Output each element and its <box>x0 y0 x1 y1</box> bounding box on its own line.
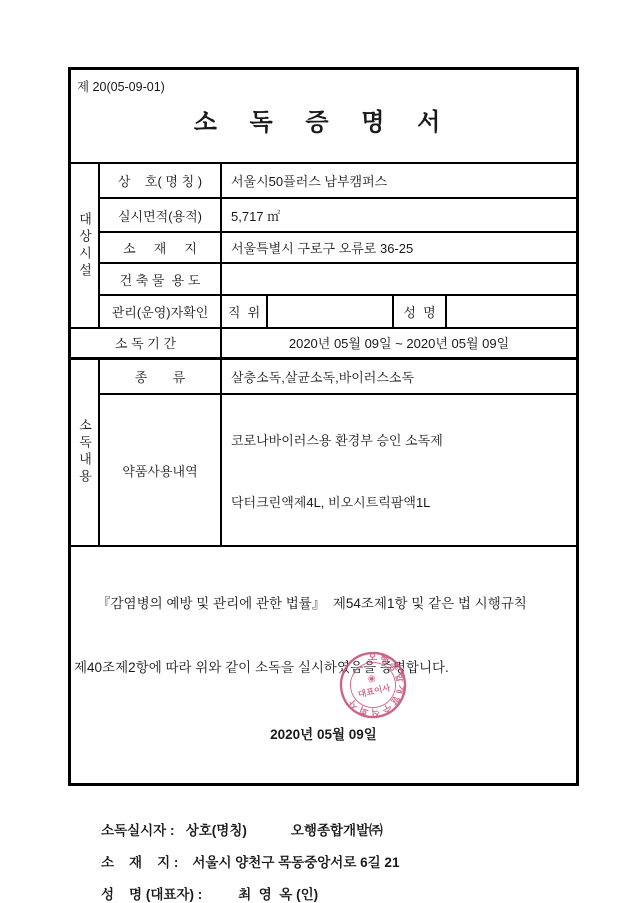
issuer-name-value: 최 영 옥 (인) <box>238 887 318 895</box>
table-row: 소 독 기 간 2020년 05월 09일 ~ 2020년 05월 09일 <box>71 328 576 358</box>
issuer-company-value: 오행종합개발㈜ <box>291 823 383 838</box>
manager-name-value <box>446 295 576 328</box>
issuer-address-label: 소 재 지 : <box>101 855 178 870</box>
document-title: 소 독 증 명 서 <box>71 102 576 137</box>
manager-position-label: 직 위 <box>221 295 267 328</box>
disinfection-type-value: 살충소독,살균소독,바이러스소독 <box>221 358 576 394</box>
issuer-company-line: 소독실시자 : 상호(명칭)오행종합개발㈜ <box>101 819 576 835</box>
facility-address-label: 소 재 지 <box>99 232 221 263</box>
table-row: 건 축 물 용 도 <box>71 263 576 295</box>
table-row: 관리(운영)자확인 직 위 성 명 <box>71 295 576 328</box>
table-row: 약품사용내역 코로나바이러스용 환경부 승인 소독제 닥터크린액제4L, 비오시… <box>71 394 576 546</box>
chemicals-value: 코로나바이러스용 환경부 승인 소독제 닥터크린액제4L, 비오시트릭팜액1L <box>221 394 576 546</box>
company-name-value: 서울시50플러스 남부캠퍼스 <box>221 163 576 198</box>
statement-line2: 제40조제2항에 따라 위와 같이 소독을 실시하였음을 증명합니다. <box>74 656 572 676</box>
facility-address-value: 서울특별시 구로구 오류로 36-25 <box>221 232 576 263</box>
disinfection-section-label: 소독내용 <box>71 358 99 546</box>
chemicals-line2: 닥터크린액제4L, 비오시트릭팜액1L <box>222 479 576 515</box>
table-row: 소 재 지 서울특별시 구로구 오류로 36-25 <box>71 232 576 263</box>
issuer-name-label: 성 명 (대표자) : <box>101 887 202 895</box>
table-row: 대상시설 상 호( 명 칭 ) 서울시50플러스 남부캠퍼스 <box>71 163 576 198</box>
issuer-name-line: 성 명 (대표자) :최 영 옥 (인) <box>101 883 576 895</box>
statement-date: 2020년 05월 09일 <box>71 723 576 743</box>
manager-name-label: 성 명 <box>393 295 446 328</box>
facility-section-label: 대상시설 <box>71 163 99 328</box>
issuer-company-label: 소독실시자 : 상호(명칭) <box>101 823 247 838</box>
period-value: 2020년 05월 09일 ~ 2020년 05월 09일 <box>221 328 576 358</box>
certificate-document: 제 20(05-09-01) 소 독 증 명 서 대상시설 상 호( 명 칭 )… <box>68 67 579 786</box>
legal-statement: 『감염병의 예방 및 관리에 관한 법률』 제54조제1항 및 같은 법 시행규… <box>71 547 576 773</box>
company-name-label: 상 호( 명 칭 ) <box>99 163 221 198</box>
building-use-value <box>221 263 576 295</box>
issuer-address-line: 소 재 지 :서울시 양천구 목동중앙서로 6길 21 <box>101 851 576 867</box>
chemicals-line1: 코로나바이러스용 환경부 승인 소독제 <box>222 425 576 449</box>
certificate-table: 대상시설 상 호( 명 칭 ) 서울시50플러스 남부캠퍼스 실시면적(용적) … <box>71 162 576 547</box>
manager-position-value <box>267 295 393 328</box>
table-row: 소독내용 종 류 살충소독,살균소독,바이러스소독 <box>71 358 576 394</box>
disinfection-type-label: 종 류 <box>99 358 221 394</box>
issuer-block: 소독실시자 : 상호(명칭)오행종합개발㈜ 소 재 지 :서울시 양천구 목동중… <box>71 819 576 895</box>
issuer-address-value: 서울시 양천구 목동중앙서로 6길 21 <box>192 855 399 870</box>
statement-line1: 『감염병의 예방 및 관리에 관한 법률』 제54조제1항 및 같은 법 시행규… <box>75 592 572 612</box>
area-value: 5,717 ㎡ <box>221 198 576 232</box>
building-use-label: 건 축 물 용 도 <box>99 263 221 295</box>
table-row: 실시면적(용적) 5,717 ㎡ <box>71 198 576 232</box>
document-number: 제 20(05-09-01) <box>77 77 165 95</box>
area-label: 실시면적(용적) <box>99 198 221 232</box>
document-header: 제 20(05-09-01) 소 독 증 명 서 <box>71 70 576 162</box>
chemicals-label: 약품사용내역 <box>99 394 221 546</box>
manager-confirm-label: 관리(운영)자확인 <box>99 295 221 328</box>
period-label: 소 독 기 간 <box>71 328 221 358</box>
